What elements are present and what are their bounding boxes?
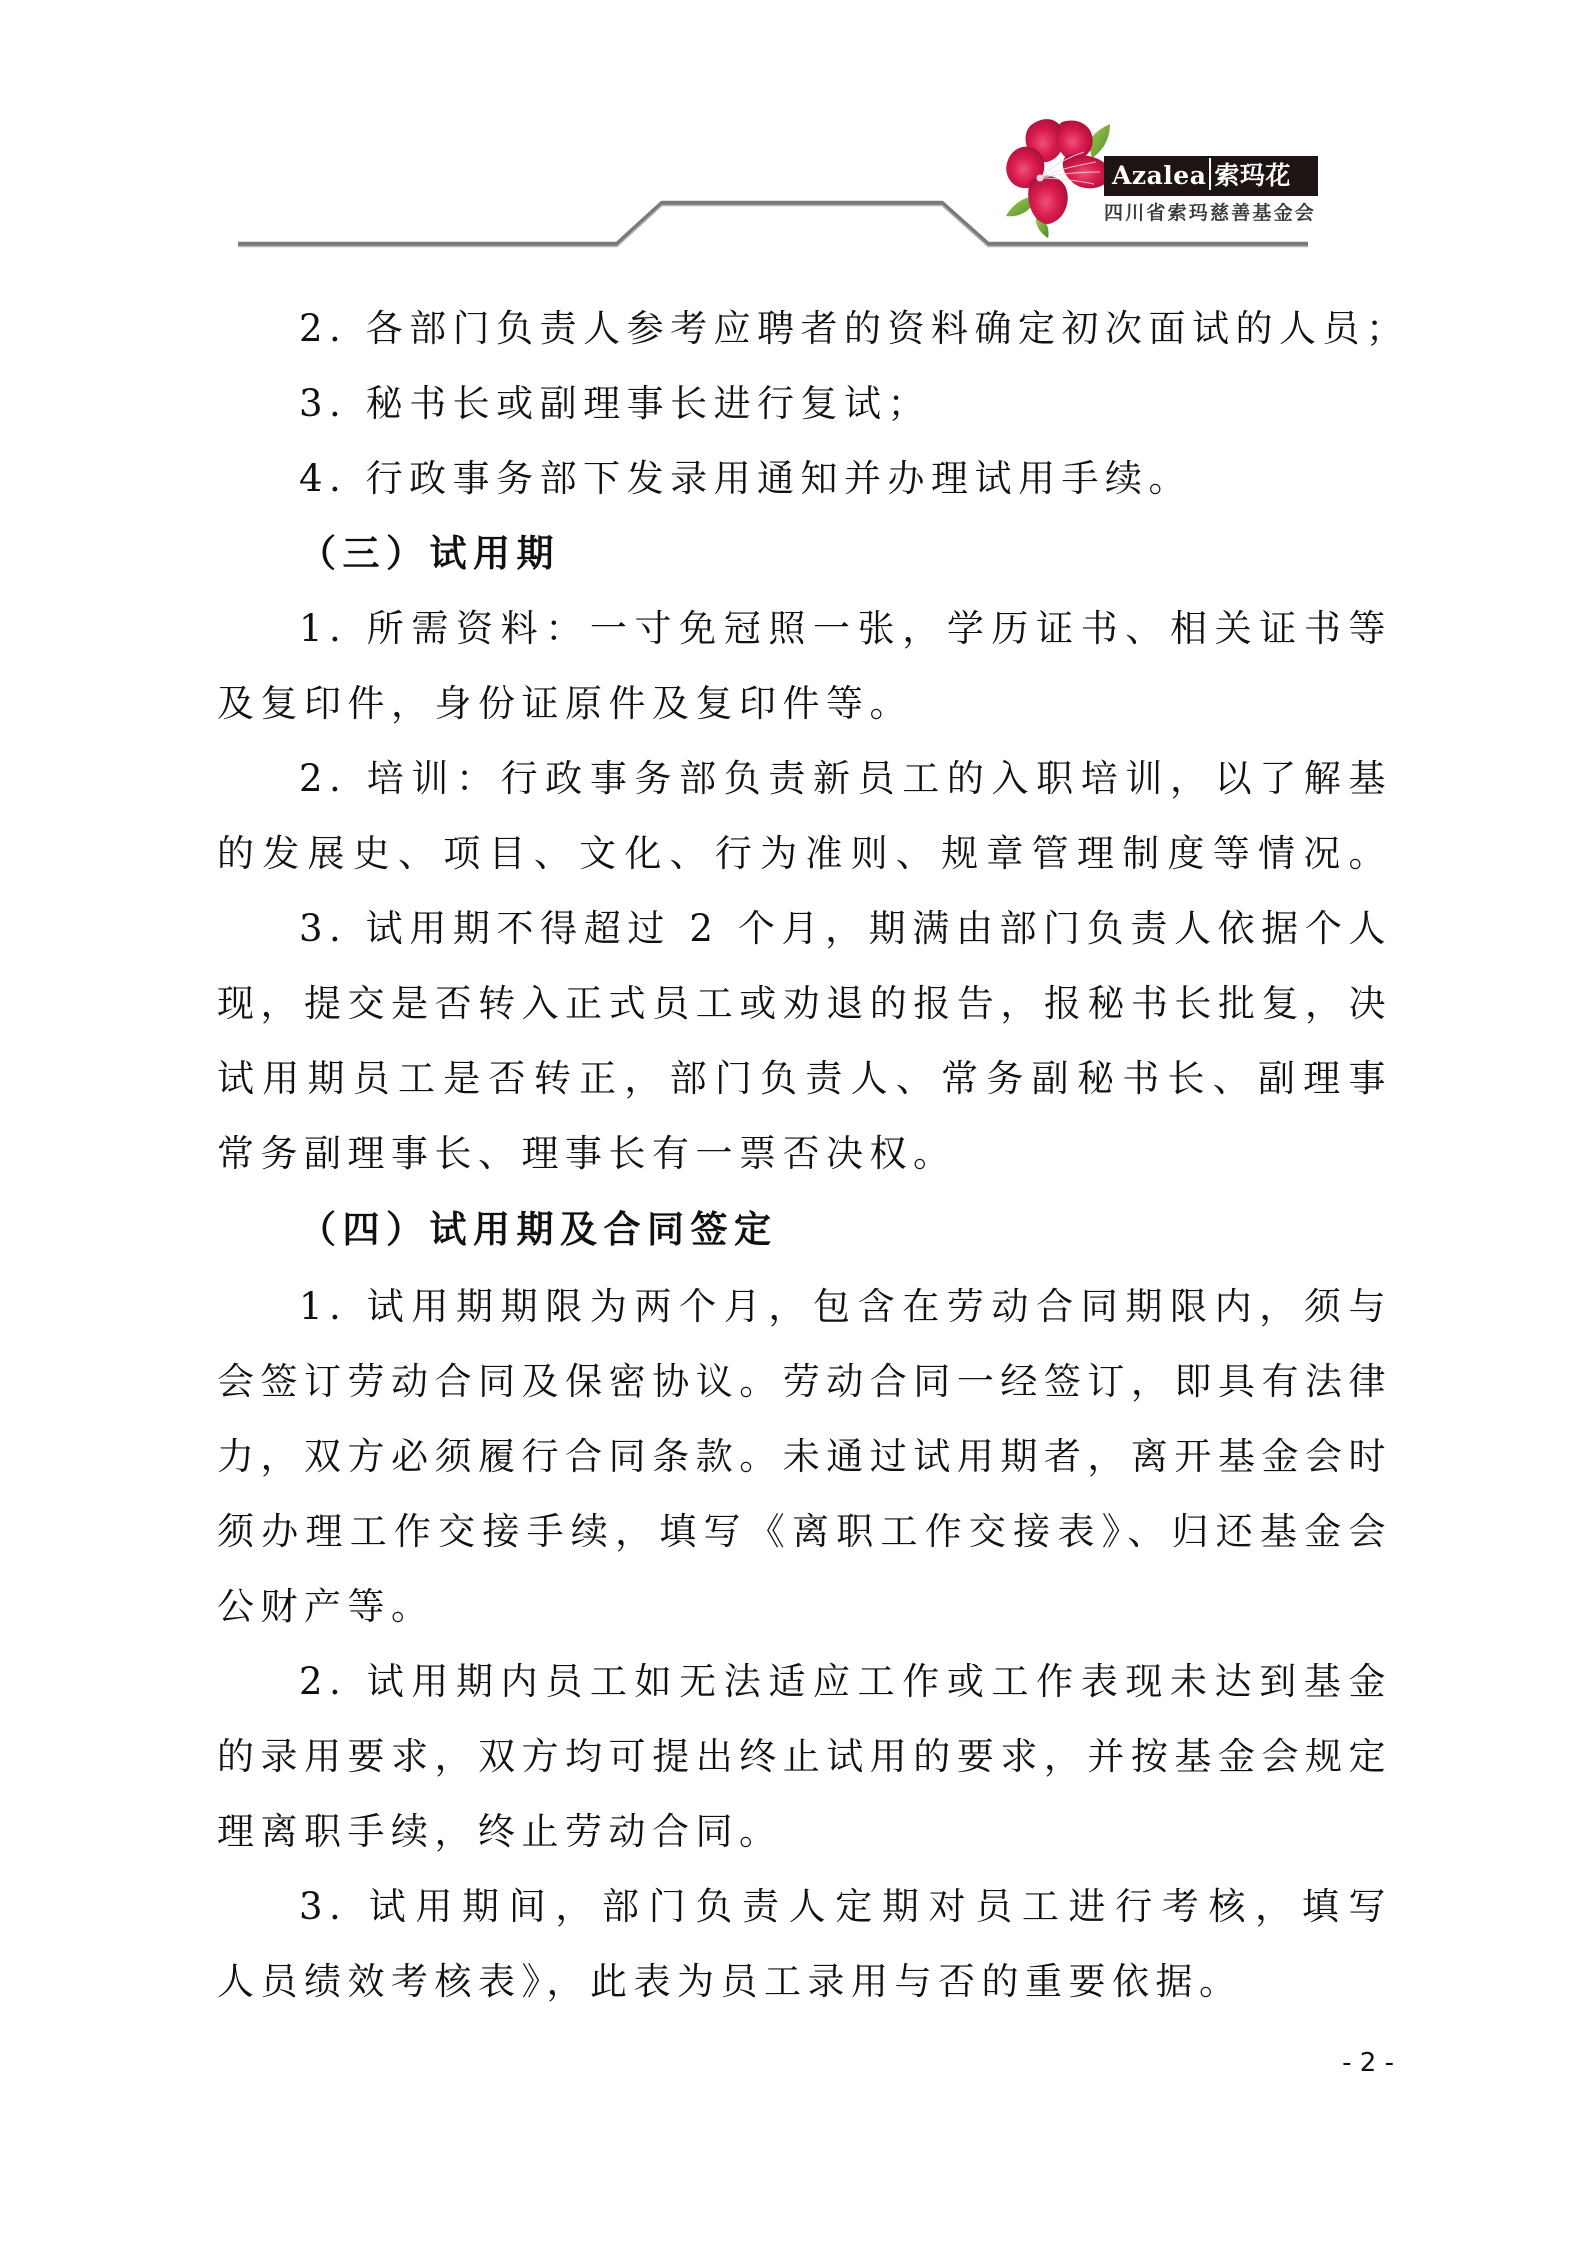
body-line-18: 公财产等。 <box>217 1569 1392 1644</box>
page-number: - 2 - <box>1330 2046 1394 2080</box>
body-line-2: 3. 秘书长或副理事长进行复试； <box>217 366 1392 441</box>
body-line-19: 2. 试用期内员工如无法适应工作或工作表现未达到基金会 <box>217 1644 1392 1719</box>
body-line-5: 1. 所需资料：一寸免冠照一张，学历证书、相关证书等原件 <box>217 591 1392 666</box>
section-heading-4: （四）试用期及合同签定 <box>217 1192 1392 1267</box>
body-line-8: 的发展史、项目、文化、行为准则、规章管理制度等情况。 <box>217 816 1392 891</box>
body-line-3: 4. 行政事务部下发录用通知并办理试用手续。 <box>217 441 1392 516</box>
body-line-16: 力，双方必须履行合同条款。未通过试用期者，离开基金会时必 <box>217 1419 1392 1494</box>
body-line-14: 1. 试用期期限为两个月，包含在劳动合同期限内，须与基金 <box>217 1269 1392 1344</box>
section-heading-3: （三）试用期 <box>217 516 1392 591</box>
body-line-6: 及复印件，身份证原件及复印件等。 <box>217 666 1392 741</box>
document-page: Azalea索玛花 四川省索玛慈善基金会 2. 各部门负责人参考应聘者的资料确定… <box>0 0 1587 2245</box>
body-line-10: 现，提交是否转入正式员工或劝退的报告，报秘书长批复，决定 <box>217 966 1392 1041</box>
logo-brand-cn: 索玛花 <box>1214 161 1291 190</box>
azalea-flower-icon <box>1000 112 1118 238</box>
body-line-15: 会签订劳动合同及保密协议。劳动合同一经签订，即具有法律效 <box>217 1344 1392 1419</box>
body-line-21: 理离职手续，终止劳动合同。 <box>217 1794 1392 1869</box>
body-line-12: 常务副理事长、理事长有一票否决权。 <box>217 1116 1392 1191</box>
body-line-9: 3. 试用期不得超过 2 个月，期满由部门负责人依据个人表 <box>217 891 1392 966</box>
logo-separator <box>1209 158 1211 190</box>
body-line-1: 2. 各部门负责人参考应聘者的资料确定初次面试的人员； <box>217 291 1392 366</box>
foundation-logo: Azalea索玛花 四川省索玛慈善基金会 <box>1000 112 1330 242</box>
body-line-17: 须办理工作交接手续，填写《离职工作交接表》、归还基金会办 <box>217 1494 1392 1569</box>
logo-brand-en: Azalea <box>1112 161 1206 190</box>
body-line-20: 的录用要求，双方均可提出终止试用的要求，并按基金会规定办 <box>217 1719 1392 1794</box>
body-line-11: 试用期员工是否转正，部门负责人、常务副秘书长、副理事长、 <box>217 1041 1392 1116</box>
logo-banner: Azalea索玛花 <box>1104 156 1318 196</box>
body-line-22: 3. 试用期间，部门负责人定期对员工进行考核，填写《工作 <box>217 1869 1392 1944</box>
body-line-23: 人员绩效考核表》，此表为员工录用与否的重要依据。 <box>217 1944 1392 2019</box>
body-line-7: 2. 培训：行政事务部负责新员工的入职培训，以了解基金会 <box>217 741 1392 816</box>
header-rule-line <box>0 0 1587 260</box>
logo-org-name: 四川省索玛慈善基金会 <box>1104 200 1318 226</box>
